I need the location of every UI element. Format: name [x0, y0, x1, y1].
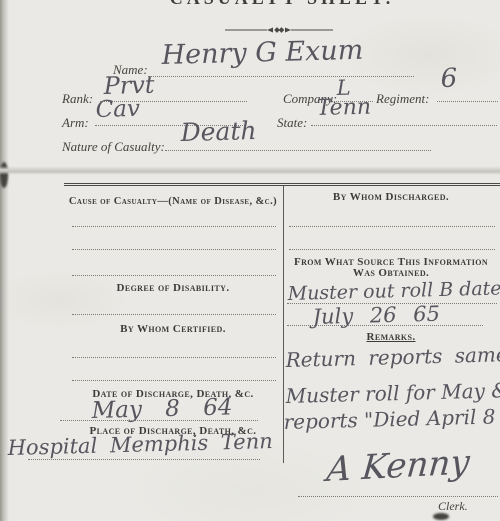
- rank-label: Rank:: [62, 91, 93, 107]
- state-label: State:: [277, 115, 307, 131]
- remarks-line2: Muster roll for May & J: [285, 378, 500, 408]
- blank-line: [72, 226, 276, 227]
- blank-line: [287, 325, 483, 326]
- name-value: Henry G Exum: [161, 35, 363, 71]
- information-source-header: From What Source This Information Was Ob…: [287, 257, 495, 279]
- blank-line: [60, 420, 258, 421]
- arm-label: Arm:: [62, 115, 89, 131]
- blank-line: [72, 314, 276, 315]
- remarks-header: Remarks.: [287, 332, 495, 343]
- ornament-divider-icon: [225, 25, 333, 35]
- blank-line: [28, 459, 260, 460]
- remarks-line3: reports "Died April 8 64": [283, 403, 500, 434]
- cause-of-casualty-header: Cause of Casualty—(Name of Disease, &c.): [68, 196, 278, 207]
- information-source-value-line1: Muster out roll B dated: [287, 277, 500, 305]
- blank-line: [289, 249, 495, 250]
- nature-value: Death: [180, 116, 257, 147]
- document-title: CASUALTY SHEET.: [32, 0, 500, 9]
- regiment-label: Regiment:: [376, 91, 429, 107]
- clerk-label: Clerk.: [438, 499, 468, 514]
- state-value: Tenn: [316, 95, 371, 121]
- clerk-signature: A Kenny: [325, 442, 471, 490]
- blank-line: [72, 275, 276, 276]
- casualty-sheet-document: CASUALTY SHEET. Name: Henry G Exum Rank:…: [0, 0, 500, 521]
- nature-of-casualty-label: Nature of Casualty:: [62, 139, 165, 155]
- remarks-line1: Return reports same: [285, 342, 500, 372]
- blank-line: [72, 249, 276, 250]
- blank-line: [72, 380, 276, 381]
- ink-smudge-bottom: [433, 513, 449, 520]
- degree-of-disability-header: Degree of Disability.: [68, 283, 278, 294]
- place-of-discharge-value: Hospital Memphis Tenn: [7, 429, 273, 460]
- signature-line: [298, 496, 498, 497]
- by-whom-discharged-header: By Whom Discharged.: [287, 192, 495, 203]
- by-whom-certified-header: By Whom Certified.: [68, 324, 278, 335]
- blank-line: [72, 357, 276, 358]
- blank-line: [289, 226, 495, 227]
- table-top-border: [64, 183, 500, 186]
- arm-value: Cav: [95, 96, 140, 123]
- paper-crease: [0, 166, 500, 175]
- regiment-value: 6: [440, 64, 457, 94]
